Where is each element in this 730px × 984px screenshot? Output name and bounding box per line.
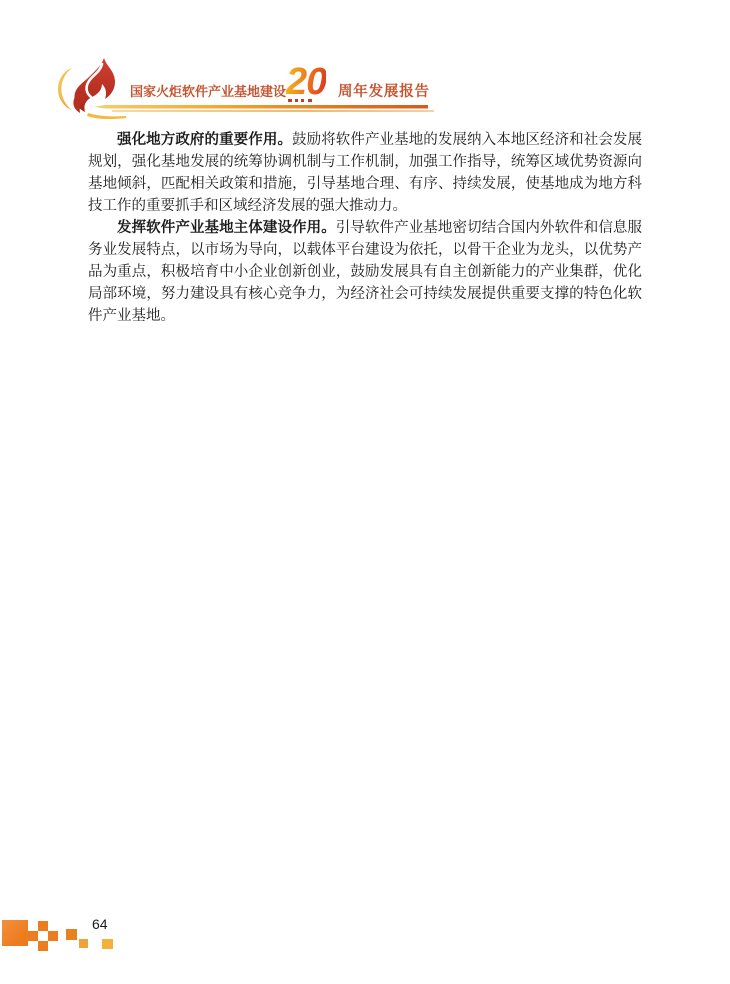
- page-body-text: 强化地方政府的重要作用。鼓励将软件产业基地的发展纳入本地区经济和社会发展规划，强…: [88, 129, 642, 327]
- pixel-decoration-square: [38, 941, 48, 951]
- pixel-decoration-square: [79, 939, 88, 948]
- paragraph: 发挥软件产业基地主体建设作用。引导软件产业基地密切结合国内外软件和信息服务业发展…: [88, 217, 642, 327]
- page-number: 64: [92, 916, 108, 932]
- torch-logo-icon: [56, 56, 130, 122]
- pixel-decoration-square: [28, 931, 38, 941]
- header-title-suffix: 周年发展报告: [338, 80, 430, 101]
- pixel-decoration-square: [38, 921, 48, 931]
- pixel-decoration-square: [2, 920, 28, 946]
- header-gradient-rule: [94, 105, 428, 109]
- pixel-decoration-square: [102, 939, 113, 949]
- header-gradient-rule-thin: [112, 110, 434, 112]
- header-title-prefix: 国家火炬软件产业基地建设: [130, 81, 286, 100]
- paragraph-lead-text: 强化地方政府的重要作用。: [117, 132, 292, 148]
- pixel-decoration-square: [48, 931, 58, 941]
- pixel-decoration-square: [66, 929, 77, 940]
- paragraph: 强化地方政府的重要作用。鼓励将软件产业基地的发展纳入本地区经济和社会发展规划，强…: [88, 129, 642, 217]
- report-page: 国家火炬软件产业基地建设 20 周年发展报告 强化地方政府的重要作用。鼓励将软件…: [0, 0, 730, 984]
- anniversary-dotted-underline: [288, 94, 312, 102]
- paragraph-lead-text: 发挥软件产业基地主体建设作用。: [117, 220, 336, 236]
